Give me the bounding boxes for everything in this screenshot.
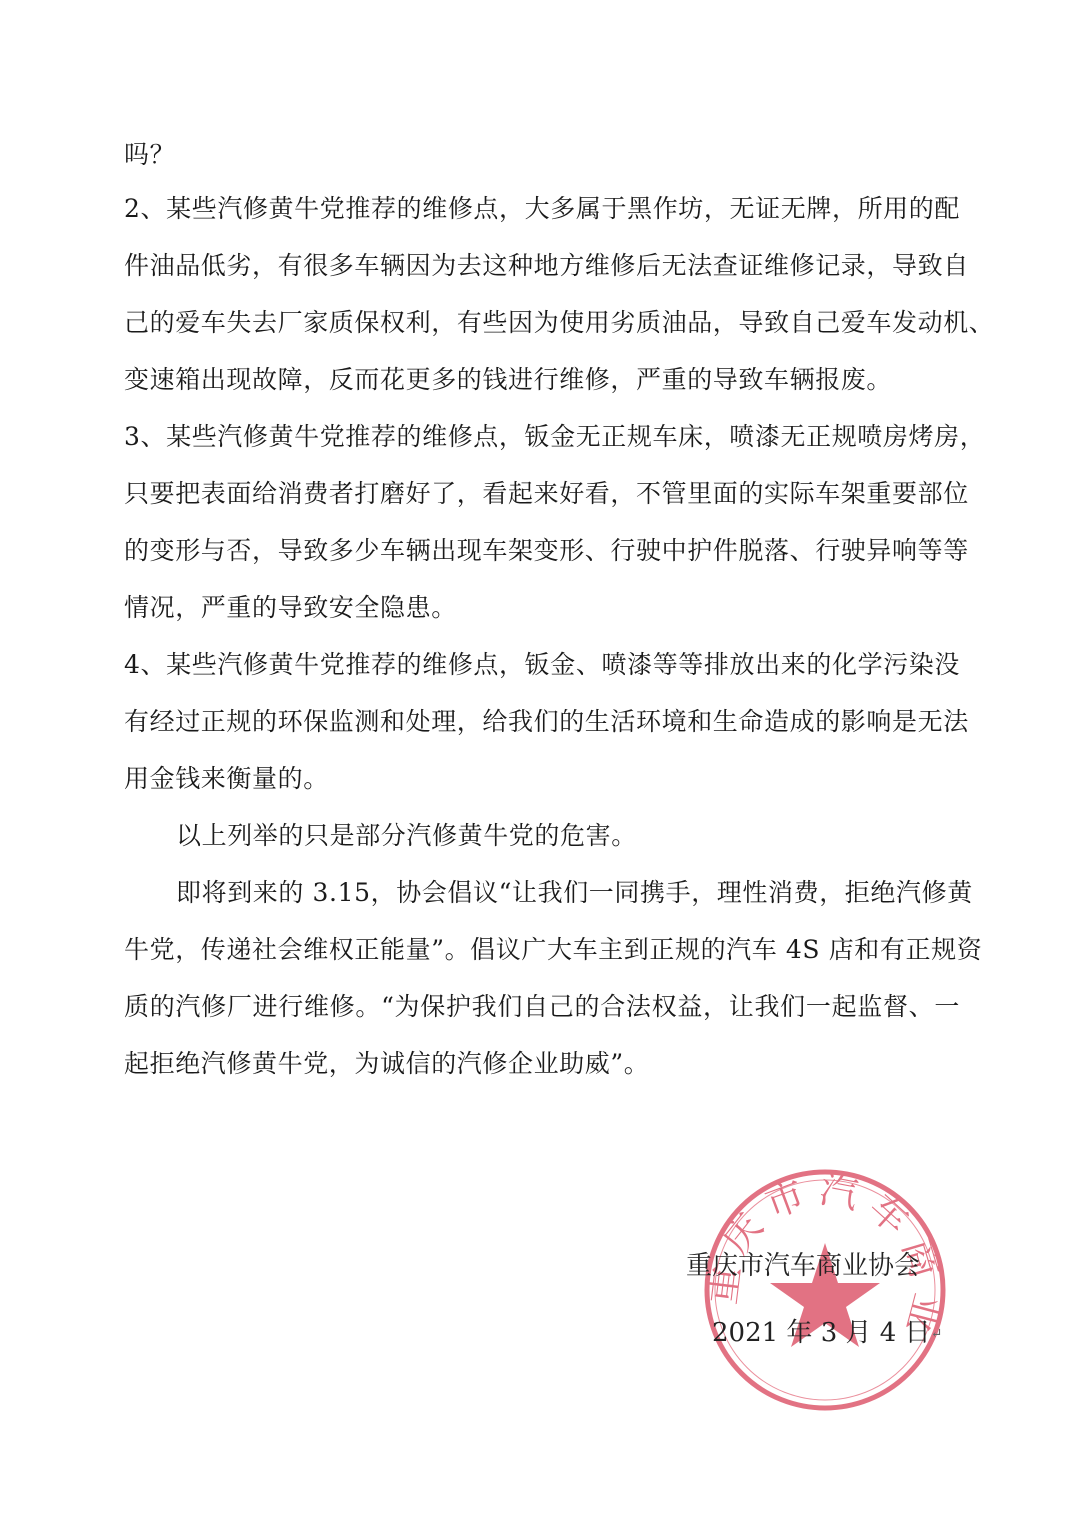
- body-line: 2、某些汽修黄牛党推荐的维修点，大多属于黑作坊，无证无牌，所用的配: [124, 194, 960, 224]
- body-line: 有经过正规的环保监测和处理，给我们的生活环境和生命造成的影响是无法: [124, 707, 960, 737]
- body-line: 牛党，传递社会维权正能量”。倡议广大车主到正规的汽车 4S 店和有正规资: [124, 935, 960, 965]
- body-line: 用金钱来衡量的。: [124, 764, 960, 794]
- body-line: 己的爱车失去厂家质保权利，有些因为使用劣质油品，导致自己爱车发动机、: [124, 308, 960, 338]
- return-mark-icon: ↵: [931, 1326, 943, 1342]
- document-page: 吗？ 2、某些汽修黄牛党推荐的维修点，大多属于黑作坊，无证无牌，所用的配 件油品…: [0, 0, 1080, 1527]
- body-line: 起拒绝汽修黄牛党，为诚信的汽修企业助威”。: [124, 1049, 960, 1079]
- signature-date-row: 2021 年 3 月 4 日↵: [712, 1317, 942, 1350]
- body-line: 只要把表面给消费者打磨好了，看起来好看，不管里面的实际车架重要部位: [124, 479, 960, 509]
- body-line: 的变形与否，导致多少车辆出现车架变形、行驶中护件脱落、行驶异响等等: [124, 536, 960, 566]
- body-line: 4、某些汽修黄牛党推荐的维修点，钣金、喷漆等等排放出来的化学污染没: [124, 650, 960, 680]
- body-line: 件油品低劣，有很多车辆因为去这种地方维修后无法查证维修记录，导致自: [124, 251, 960, 281]
- body-line: 以上列举的只是部分汽修黄牛党的危害。: [176, 821, 960, 851]
- body-line: 即将到来的 3.15，协会倡议“让我们一同携手，理性消费，拒绝汽修黄: [176, 878, 960, 908]
- body-line: 吗？: [124, 140, 960, 170]
- body-line: 3、某些汽修黄牛党推荐的维修点，钣金无正规车床，喷漆无正规喷房烤房，: [124, 422, 960, 452]
- signature-organization: 重庆市汽车商业协会: [686, 1250, 920, 1282]
- body-line: 情况，严重的导致安全隐患。: [124, 593, 960, 623]
- body-line: 变速箱出现故障，反而花更多的钱进行维修，严重的导致车辆报废。: [124, 365, 960, 395]
- signature-date: 2021 年 3 月 4 日: [712, 1318, 931, 1348]
- official-seal-icon: 重庆市汽车商业协会: [700, 1165, 950, 1415]
- body-line: 质的汽修厂进行维修。“为保护我们自己的合法权益，让我们一起监督、一: [124, 992, 960, 1022]
